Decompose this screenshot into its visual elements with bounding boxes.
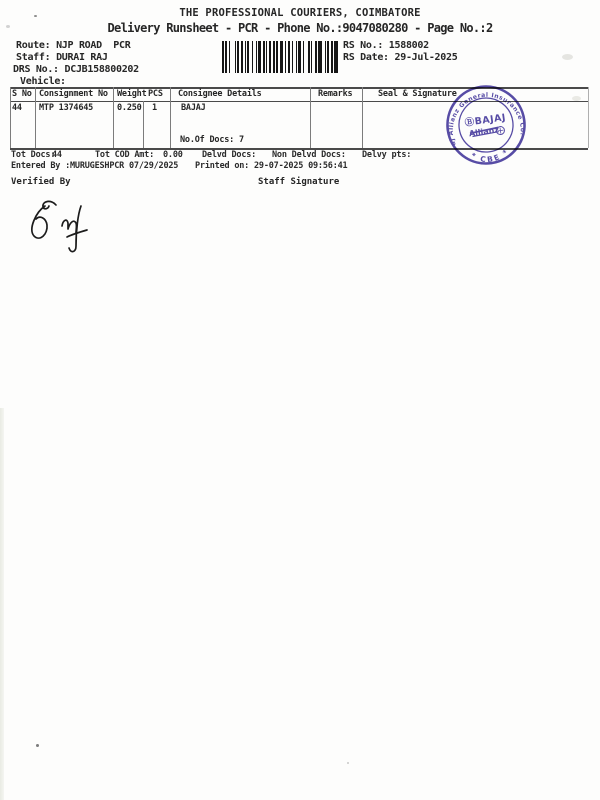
scanned-delivery-runsheet: THE PROFESSIONAL COURIERS, COIMBATORE De… [0, 0, 600, 800]
non-delvd-docs-label: Non Delvd Docs: [272, 151, 346, 160]
entered-by-line: Entered By :MURUGESHPCR 07/29/2025 [11, 162, 178, 171]
table-col-rule [113, 87, 114, 148]
staff-signature-label: Staff Signature [258, 178, 339, 188]
scan-artifact [6, 25, 10, 28]
barcode [222, 41, 339, 73]
rs-no-line: RS No.: 1588002 [343, 40, 429, 51]
table-col-rule [143, 101, 144, 148]
rs-date-line: RS Date: 29-Jul-2025 [343, 52, 457, 63]
table-col-rule [588, 87, 589, 148]
drs-line: DRS No.: DCJB158800202 [13, 64, 139, 75]
drs-label: DRS No.: [13, 64, 59, 75]
table-col-rule [362, 87, 363, 148]
col-header-weight: Weight [117, 90, 147, 99]
staff-line: Staff: DURAI RAJ [16, 52, 108, 63]
scan-artifact [34, 15, 37, 17]
vehicle-label: Vehicle: [20, 76, 66, 87]
col-header-consignment: Consignment No [39, 90, 108, 99]
col-header-sno: S No [12, 90, 32, 99]
rs-date-label: RS Date: [343, 52, 389, 63]
row-sno: 44 [12, 104, 22, 113]
staff-value: DURAI RAJ [56, 52, 108, 63]
row-weight: 0.250 [117, 104, 142, 113]
rs-no-value: 1588002 [389, 40, 429, 51]
scan-edge-shadow [0, 408, 4, 800]
bajaj-allianz-stamp: Bajaj Allianz General Insurance Co.Ltd *… [430, 69, 543, 182]
scan-artifact [347, 762, 349, 764]
staff-label: Staff: [16, 52, 50, 63]
tot-docs-value: 44 [52, 151, 62, 160]
tot-docs-label: Tot Docs: [11, 151, 55, 160]
drs-value: DCJB158800202 [65, 64, 139, 75]
handwritten-signature [18, 196, 104, 256]
scan-artifact [572, 96, 581, 101]
route-line: Route: NJP ROAD PCR [16, 40, 130, 51]
row-consignment: MTP 1374645 [39, 104, 93, 113]
svg-text:* CBE *: * CBE * [468, 146, 512, 167]
rs-date-value: 29-Jul-2025 [395, 52, 458, 63]
company-title: THE PROFESSIONAL COURIERS, COIMBATORE [0, 8, 600, 20]
printed-on-line: Printed on: 29-07-2025 09:56:41 [195, 162, 347, 171]
delvd-docs-label: Delvd Docs: [202, 151, 256, 160]
runsheet-subtitle: Delivery Runsheet - PCR - Phone No.:9047… [0, 22, 600, 35]
table-col-rule [310, 87, 311, 148]
col-header-pcs: PCS [148, 90, 163, 99]
row-pcs: 1 [152, 104, 157, 113]
row-docs-note: No.Of Docs: 7 [180, 136, 244, 145]
scan-artifact [562, 54, 573, 60]
tot-cod-label: Tot COD Amt: [95, 151, 154, 160]
route-label: Route: [16, 40, 50, 51]
table-col-rule [10, 87, 11, 148]
verified-by-label: Verified By [11, 178, 71, 188]
route-value: NJP ROAD PCR [56, 40, 130, 51]
tot-cod-value: 0.00 [163, 151, 183, 160]
table-col-rule [35, 87, 36, 148]
row-consignee: BAJAJ [181, 104, 206, 113]
vehicle-line: Vehicle: [20, 76, 66, 87]
stamp-bottom-text: * CBE * [468, 146, 512, 167]
scan-artifact [36, 744, 39, 747]
delvy-pts-label: Delvy pts: [362, 151, 411, 160]
col-header-remarks: Remarks [318, 90, 352, 99]
rs-no-label: RS No.: [343, 40, 383, 51]
col-header-consignee: Consignee Details [178, 90, 262, 99]
table-col-rule [170, 87, 171, 148]
